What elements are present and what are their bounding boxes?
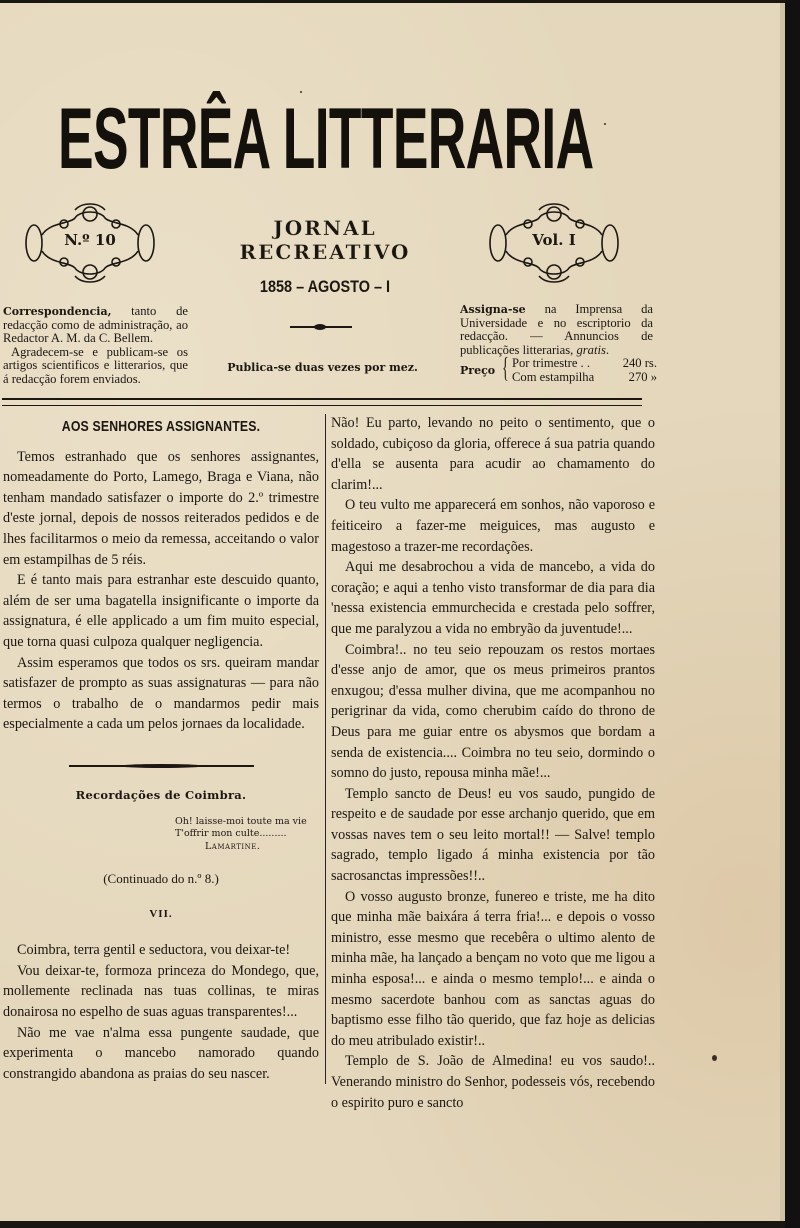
- article-paragraph: Aqui me desabrochou a vida de mancebo, a…: [331, 557, 655, 639]
- epigraph-line: T'offrir mon culte.........: [175, 828, 319, 841]
- masthead-divider: [2, 398, 642, 406]
- section-separator: [69, 765, 254, 767]
- gratis-text: gratis: [576, 343, 605, 357]
- issue-number-cartouche: N.º 10: [20, 200, 160, 286]
- epigraph-line: Oh! laisse-moi toute ma vie: [175, 816, 319, 829]
- chapter-number: VII.: [3, 904, 319, 925]
- brace-icon: {: [502, 354, 509, 384]
- article-title: Recordações de Coimbra.: [3, 785, 319, 806]
- epigraph: Oh! laisse-moi toute ma vie T'offrir mon…: [175, 816, 319, 854]
- correspondence-notice: Correspondencia, tanto de redacção como …: [3, 305, 188, 386]
- notice-title: AOS SENHORES ASSIGNANTES.: [31, 417, 290, 438]
- continued-note: (Continuado do n.º 8.): [3, 869, 319, 890]
- newspaper-page: ESTRÊA LITTERARIA N.º 10: [0, 3, 785, 1221]
- epigraph-author: Lamartine.: [205, 841, 319, 854]
- paper-speck: [604, 123, 606, 125]
- volume-cartouche: Vol. I: [484, 200, 624, 286]
- correspondence-text-2: Agradecem-se e publicam-se os artigos sc…: [3, 346, 188, 387]
- subscription-notice: Assigna-se na Imprensa da Universidade e…: [460, 303, 653, 357]
- publication-frequency: Publica-se duas vezes por mez.: [210, 361, 435, 374]
- price-row: Por trimestre . . 240 rs.: [512, 356, 657, 370]
- paper-speck: [300, 91, 302, 93]
- article-paragraph: O vosso augusto bronze, funereo e triste…: [331, 887, 655, 1052]
- article-paragraph: O teu vulto me apparecerá em sonhos, não…: [331, 495, 655, 557]
- article-paragraph: Não! Eu parto, levando no peito o sentim…: [331, 413, 655, 495]
- price-row-value: 240 rs.: [623, 356, 657, 370]
- ornamental-rule: [290, 326, 352, 328]
- notice-paragraph: Temos estranhado que os senhores assigna…: [3, 447, 319, 571]
- notice-paragraph: Assim esperamos que todos os srs. queira…: [3, 653, 319, 735]
- price-row: Com estampilha 270 »: [512, 370, 657, 384]
- price-row-label: Por trimestre . .: [512, 356, 590, 370]
- column-divider: [325, 414, 326, 1084]
- subscription-label: Assigna-se: [460, 303, 526, 316]
- left-column: AOS SENHORES ASSIGNANTES. Temos estranha…: [3, 413, 319, 1084]
- notice-paragraph: E é tanto mais para estranhar este descu…: [3, 570, 319, 652]
- article-paragraph: Vou deixar-te, formoza princeza do Monde…: [3, 961, 319, 1023]
- price-label: Preço: [460, 364, 495, 378]
- scan-border: [785, 0, 800, 1228]
- article-paragraph: Templo de S. João de Almedina! eu vos sa…: [331, 1051, 655, 1113]
- article-paragraph: Coimbra, terra gentil e seductora, vou d…: [3, 940, 319, 961]
- article-paragraph: Coimbra!.. no teu seio repouzam os resto…: [331, 640, 655, 784]
- issue-date: 1858 – AGOSTO – I: [253, 277, 398, 297]
- price-row-value: 270 »: [629, 370, 657, 384]
- price-block: Preço { Por trimestre . . 240 rs. Com es…: [460, 356, 660, 386]
- article-paragraph: Não me vae n'alma essa pungente saudade,…: [3, 1023, 319, 1085]
- paper-speck: [712, 1055, 717, 1061]
- price-row-label: Com estampilha: [512, 370, 594, 384]
- issue-number: N.º 10: [20, 231, 160, 249]
- article-paragraph: Templo sancto de Deus! eu vos saudo, pun…: [331, 784, 655, 887]
- masthead-title: ESTRÊA LITTERARIA: [58, 99, 387, 179]
- correspondence-label: Correspondencia,: [3, 305, 111, 318]
- masthead-subtitle: JORNAL RECREATIVO: [190, 216, 460, 264]
- subscription-text-end: .: [606, 343, 609, 357]
- volume-number: Vol. I: [484, 231, 624, 249]
- right-column: Não! Eu parto, levando no peito o sentim…: [331, 413, 655, 1113]
